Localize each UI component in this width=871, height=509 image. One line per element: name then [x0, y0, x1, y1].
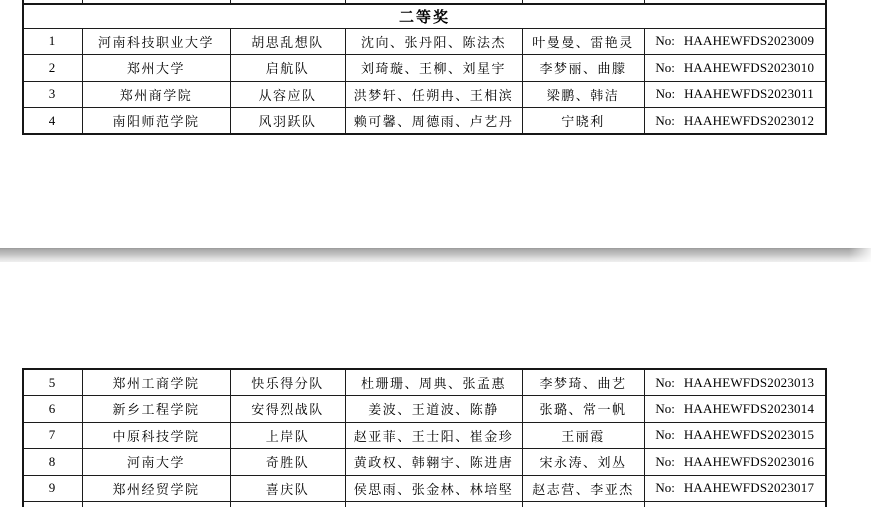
certificate-cell: No:HAAHEWFDS2023010	[644, 55, 826, 82]
team-name-cell: 上岸队	[230, 422, 345, 449]
members-cell: 洪梦轩、任朔冉、王相滨	[345, 81, 522, 108]
cutoff-row-bottom	[23, 502, 826, 507]
team-name-cell: 从容应队	[230, 81, 345, 108]
table-row: 3 郑州商学院 从容应队 洪梦轩、任朔冉、王相滨 梁鹏、韩洁 No:HAAHEW…	[23, 81, 826, 108]
school-cell: 中原科技学院	[82, 422, 230, 449]
school-cell: 新乡工程学院	[82, 396, 230, 423]
table-row: 6 新乡工程学院 安得烈战队 姜波、王道波、陈静 张璐、常一帆 No:HAAHE…	[23, 396, 826, 423]
school-cell: 河南科技职业大学	[82, 28, 230, 55]
team-name-cell: 启航队	[230, 55, 345, 82]
team-name-cell: 安得烈战队	[230, 396, 345, 423]
rank-cell: 8	[23, 449, 82, 476]
school-cell: 郑州经贸学院	[82, 475, 230, 502]
table-row: 1 河南科技职业大学 胡思乱想队 沈向、张丹阳、陈法杰 叶曼曼、雷艳灵 No:H…	[23, 28, 826, 55]
document-page-view: 二等奖 No: 1 河南科技职业大学 胡思乱想队 沈向、张丹阳、陈法杰	[0, 0, 871, 509]
award-section-title: 二等奖	[23, 4, 826, 28]
certificate-code: HAAHEWFDS2023017	[684, 480, 814, 495]
certificate-no-label: No:	[655, 401, 675, 416]
school-cell: 南阳师范学院	[82, 108, 230, 135]
certificate-no-label: No:	[655, 33, 675, 48]
members-cell: 黄政权、韩翱宇、陈进唐	[345, 449, 522, 476]
certificate-no-label: No:	[655, 113, 675, 128]
rank-cell: 4	[23, 108, 82, 135]
rank-cell: 2	[23, 55, 82, 82]
members-cell: 杜珊珊、周典、张孟惠	[345, 369, 522, 396]
certificate-no-label: No:	[655, 60, 675, 75]
members-cell: 刘琦璇、王柳、刘星宇	[345, 55, 522, 82]
table-row: 9 郑州经贸学院 喜庆队 侯思雨、张金林、林培堅 赵志营、李亚杰 No:HAAH…	[23, 475, 826, 502]
certificate-code: HAAHEWFDS2023016	[684, 454, 814, 469]
award-table: 二等奖 No: 1 河南科技职业大学 胡思乱想队 沈向、张丹阳、陈法杰	[22, 0, 827, 135]
table-row: 4 南阳师范学院 风羽跃队 赖可馨、周德雨、卢艺丹 宁晓利 No:HAAHEWF…	[23, 108, 826, 135]
certificate-cell: No:HAAHEWFDS2023015	[644, 422, 826, 449]
certificate-cell: No:HAAHEWFDS2023011	[644, 81, 826, 108]
certificate-no-label: No:	[655, 480, 675, 495]
certificate-code: HAAHEWFDS2023013	[684, 375, 814, 390]
certificate-cell: No:HAAHEWFDS2023014	[644, 396, 826, 423]
advisors-cell: 王丽霞	[522, 422, 644, 449]
team-name-cell: 风羽跃队	[230, 108, 345, 135]
team-name-cell: 喜庆队	[230, 475, 345, 502]
members-cell: 沈向、张丹阳、陈法杰	[345, 28, 522, 55]
certificate-cell: No:HAAHEWFDS2023016	[644, 449, 826, 476]
table-row: 2 郑州大学 启航队 刘琦璇、王柳、刘星宇 李梦丽、曲朦 No:HAAHEWFD…	[23, 55, 826, 82]
advisors-cell: 赵志营、李亚杰	[522, 475, 644, 502]
school-cell: 郑州商学院	[82, 81, 230, 108]
advisors-cell: 叶曼曼、雷艳灵	[522, 28, 644, 55]
certificate-cell: No:HAAHEWFDS2023009	[644, 28, 826, 55]
certificate-cell: No:HAAHEWFDS2023013	[644, 369, 826, 396]
advisors-cell: 梁鹏、韩洁	[522, 81, 644, 108]
award-table-page1: 二等奖 No: 1 河南科技职业大学 胡思乱想队 沈向、张丹阳、陈法杰	[22, 0, 827, 135]
certificate-no-label: No:	[655, 454, 675, 469]
advisors-cell: 宋永涛、刘丛	[522, 449, 644, 476]
members-cell: 姜波、王道波、陈静	[345, 396, 522, 423]
members-cell: 赖可馨、周德雨、卢艺丹	[345, 108, 522, 135]
members-cell: 赵亚菲、王士阳、崔金珍	[345, 422, 522, 449]
award-table-page2: No: 5 郑州工商学院 快乐得分队 杜珊珊、周典、张孟惠 李梦琦、曲艺 No:…	[22, 368, 827, 507]
certificate-no-label: No:	[655, 427, 675, 442]
certificate-no-label: No:	[655, 375, 675, 390]
advisors-cell: 李梦丽、曲朦	[522, 55, 644, 82]
advisors-cell: 宁晓利	[522, 108, 644, 135]
certificate-cell: No:HAAHEWFDS2023017	[644, 475, 826, 502]
award-table: No: 5 郑州工商学院 快乐得分队 杜珊珊、周典、张孟惠 李梦琦、曲艺 No:…	[22, 368, 827, 507]
rank-cell: 1	[23, 28, 82, 55]
rank-cell: 6	[23, 396, 82, 423]
certificate-code: HAAHEWFDS2023014	[684, 401, 814, 416]
certificate-no-label: No:	[656, 86, 676, 101]
table-row: 8 河南大学 奇胜队 黄政权、韩翱宇、陈进唐 宋永涛、刘丛 No:HAAHEWF…	[23, 449, 826, 476]
certificate-code: HAAHEWFDS2023009	[684, 33, 814, 48]
school-cell: 郑州大学	[82, 55, 230, 82]
page-break-separator	[0, 248, 871, 262]
rank-cell: 3	[23, 81, 82, 108]
certificate-code: HAAHEWFDS2023012	[684, 113, 814, 128]
certificate-code: HAAHEWFDS2023015	[684, 427, 814, 442]
table-row: 7 中原科技学院 上岸队 赵亚菲、王士阳、崔金珍 王丽霞 No:HAAHEWFD…	[23, 422, 826, 449]
team-name-cell: 胡思乱想队	[230, 28, 345, 55]
team-name-cell: 奇胜队	[230, 449, 345, 476]
certificate-cell: No:HAAHEWFDS2023012	[644, 108, 826, 135]
certificate-code: HAAHEWFDS2023010	[684, 60, 814, 75]
advisors-cell: 李梦琦、曲艺	[522, 369, 644, 396]
team-name-cell: 快乐得分队	[230, 369, 345, 396]
school-cell: 郑州工商学院	[82, 369, 230, 396]
rank-cell: 5	[23, 369, 82, 396]
rank-cell: 7	[23, 422, 82, 449]
table-row: 5 郑州工商学院 快乐得分队 杜珊珊、周典、张孟惠 李梦琦、曲艺 No:HAAH…	[23, 369, 826, 396]
rank-cell: 9	[23, 475, 82, 502]
section-header-row: 二等奖	[23, 4, 826, 28]
advisors-cell: 张璐、常一帆	[522, 396, 644, 423]
members-cell: 侯思雨、张金林、林培堅	[345, 475, 522, 502]
certificate-code: HAAHEWFDS2023011	[684, 86, 814, 101]
school-cell: 河南大学	[82, 449, 230, 476]
